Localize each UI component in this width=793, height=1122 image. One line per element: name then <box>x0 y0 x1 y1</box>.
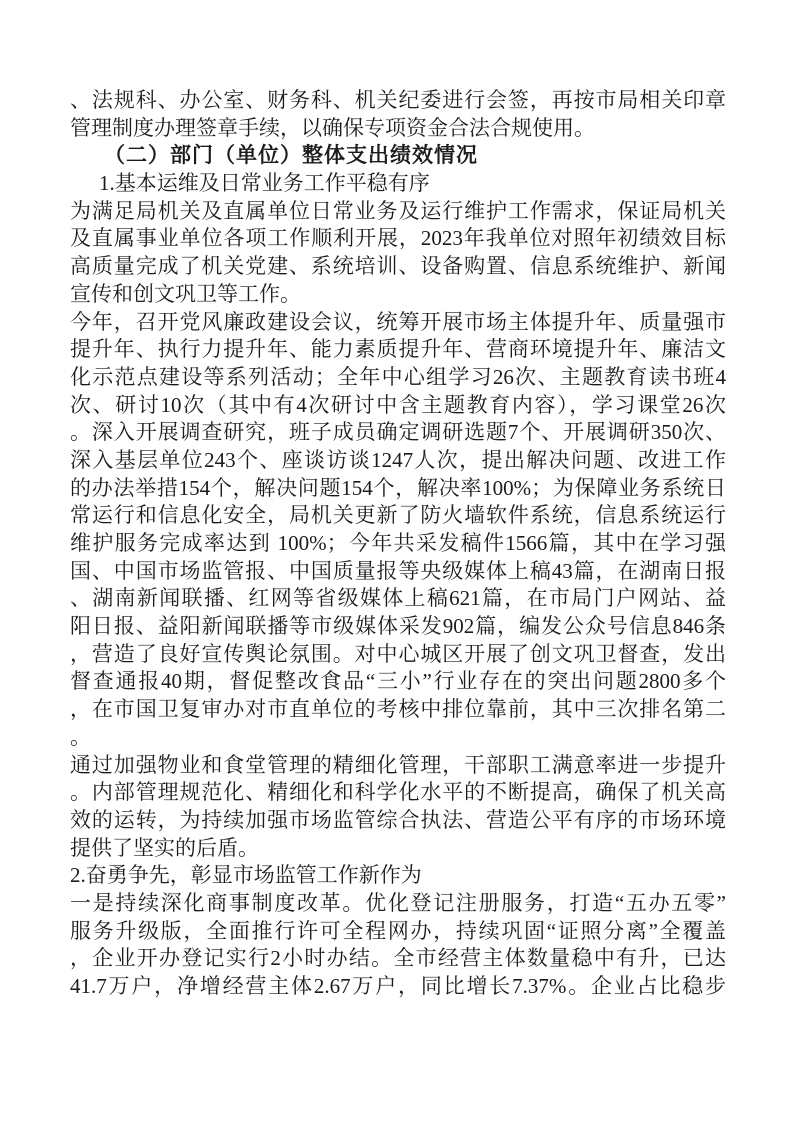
document-content: 、法规科、办公室、财务科、机关纪委进行会签，再按市局相关印章管理制度办理签章手续… <box>70 87 726 1001</box>
text-line: 深入基层单位243个、座谈访谈1247人次，提出解决问题、改进工作 <box>70 447 726 475</box>
text-line: ，企业开办登记实行2小时办结。全市经营主体数量稳中有升，已达 <box>70 945 726 973</box>
text-line: 效的运转，为持续加强市场监管综合执法、营造公平有序的市场环境 <box>70 807 726 835</box>
text-line: 。内部管理规范化、精细化和科学化水平的不断提高，确保了机关高 <box>70 779 726 807</box>
text-line: 、法规科、办公室、财务科、机关纪委进行会签，再按市局相关印章 <box>70 87 726 115</box>
text-line: 一是持续深化商事制度改革。优化登记注册服务，打造“五办五零” <box>70 890 726 918</box>
text-line: 为满足局机关及直属单位日常业务及运行维护工作需求，保证局机关 <box>70 198 726 226</box>
paragraph-subheading-1: 1.基本运维及日常业务工作平稳有序 <box>70 170 726 198</box>
text-line: 服务升级版，全面推行许可全程网办，持续巩固“证照分离”全覆盖 <box>70 918 726 946</box>
paragraph-p1: 、法规科、办公室、财务科、机关纪委进行会签，再按市局相关印章管理制度办理签章手续… <box>70 87 726 142</box>
text-line: 。 <box>70 724 726 752</box>
text-line: 今年，召开党风廉政建设会议，统筹开展市场主体提升年、质量强市 <box>70 309 726 337</box>
paragraph-p3: 今年，召开党风廉政建设会议，统筹开展市场主体提升年、质量强市提升年、执行力提升年… <box>70 309 726 752</box>
text-line: 提升年、执行力提升年、能力素质提升年、营商环境提升年、廉洁文 <box>70 336 726 364</box>
text-line: 常运行和信息化安全，局机关更新了防火墙软件系统，信息系统运行 <box>70 502 726 530</box>
text-line: 2.奋勇争先，彰显市场监管工作新作为 <box>70 862 726 890</box>
text-line: ，营造了良好宣传舆论氛围。对中心城区开展了创文巩卫督查，发出 <box>70 641 726 669</box>
text-line: 、湖南新闻联播、红网等省级媒体上稿621篇，在市局门户网站、益 <box>70 585 726 613</box>
text-line: 。深入开展调查研究，班子成员确定调研选题7个、开展调研350次、 <box>70 419 726 447</box>
text-line: 41.7万户，净增经营主体2.67万户，同比增长7.37%。企业占比稳步 <box>70 973 726 1001</box>
text-line: （二）部门（单位）整体支出绩效情况 <box>70 142 726 170</box>
text-line: 国、中国市场监管报、中国质量报等央级媒体上稿43篇，在湖南日报 <box>70 558 726 586</box>
text-line: 高质量完成了机关党建、系统培训、设备购置、信息系统维护、新闻 <box>70 253 726 281</box>
text-line: 化示范点建设等系列活动；全年中心组学习26次、主题教育读书班4 <box>70 364 726 392</box>
text-line: 督查通报40期，督促整改食品“三小”行业存在的突出问题2800多个 <box>70 668 726 696</box>
paragraph-p4: 通过加强物业和食堂管理的精细化管理，干部职工满意率进一步提升。内部管理规范化、精… <box>70 752 726 863</box>
paragraph-p2: 为满足局机关及直属单位日常业务及运行维护工作需求，保证局机关及直属事业单位各项工… <box>70 198 726 309</box>
text-line: 次、研讨10次（其中有4次研讨中含主题教育内容），学习课堂26次 <box>70 392 726 420</box>
text-line: 1.基本运维及日常业务工作平稳有序 <box>70 170 726 198</box>
text-line: 维护服务完成率达到 100%；今年共采发稿件1566篇，其中在学习强 <box>70 530 726 558</box>
text-line: 宣传和创文巩卫等工作。 <box>70 281 726 309</box>
text-line: 阳日报、益阳新闻联播等市级媒体采发902篇，编发公众号信息846条 <box>70 613 726 641</box>
text-line: 管理制度办理签章手续，以确保专项资金合法合规使用。 <box>70 115 726 143</box>
document-page: 、法规科、办公室、财务科、机关纪委进行会签，再按市局相关印章管理制度办理签章手续… <box>0 0 793 1122</box>
text-line: 通过加强物业和食堂管理的精细化管理，干部职工满意率进一步提升 <box>70 752 726 780</box>
paragraph-subheading-2: 2.奋勇争先，彰显市场监管工作新作为 <box>70 862 726 890</box>
paragraph-p5: 一是持续深化商事制度改革。优化登记注册服务，打造“五办五零”服务升级版，全面推行… <box>70 890 726 1001</box>
text-line: 的办法举措154个，解决问题154个，解决率100%；为保障业务系统日 <box>70 475 726 503</box>
paragraph-heading-2: （二）部门（单位）整体支出绩效情况 <box>70 142 726 170</box>
text-line: 及直属事业单位各项工作顺利开展，2023年我单位对照年初绩效目标 <box>70 225 726 253</box>
text-line: ，在市国卫复审办对市直单位的考核中排位靠前，其中三次排名第二 <box>70 696 726 724</box>
text-line: 提供了坚实的后盾。 <box>70 835 726 863</box>
